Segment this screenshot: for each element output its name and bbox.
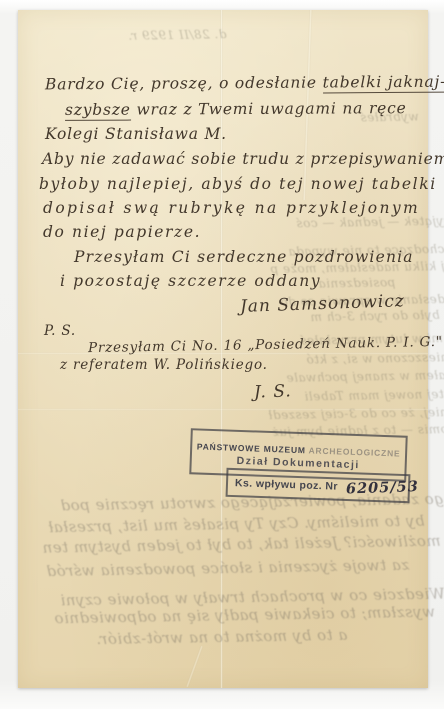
ps-line-1: Przesyłam Ci No. 16 „Posiedzeń Nauk. P. …	[88, 334, 443, 356]
letter-line-2-text: wraz z Twemi uwagami na ręce	[131, 99, 407, 118]
bleedthrough-line: za twoje życzenia i słońce powodzenia wś…	[46, 556, 410, 580]
ps-initials: J. S.	[254, 381, 292, 402]
bleedthrough-line: Tej możliwości? Jeżeli tak, to był to je…	[42, 531, 444, 556]
bleedthrough-line: wyszłam; to ciekawie padły się na odpowi…	[54, 603, 435, 628]
letter-line-4: Aby nie zadawać sobie trudu z przepisywa…	[42, 150, 444, 168]
letter-line-3: Kolegi Stanisława M.	[45, 125, 227, 143]
bleedthrough-line: na Ci tej nowej mam Tabeli	[304, 386, 444, 403]
bottom-corner-crease	[186, 646, 204, 687]
bleedthrough-line: posiedzenia	[318, 275, 396, 290]
ps-label: P. S.	[44, 323, 76, 339]
letter-line-9: i pozostaję szczerze oddany	[60, 272, 321, 290]
letter-line-5: byłoby najlepiej, abyś do tej nowej tabe…	[39, 175, 437, 193]
bleedthrough-line: a to by można to na wrót-zbiór.	[96, 626, 348, 648]
bleedthrough-line: Wiedział z niej, że co do 3-ciej zeszedł	[268, 404, 444, 422]
letter-line-1: Bardzo Cię, proszę, o odesłanie tabelki …	[45, 73, 444, 94]
letter-line-7: do niej papierze.	[43, 223, 201, 241]
accession-number-stamp: Ks. wpływu poz. Nr 6205/53	[226, 468, 411, 503]
letter-line-1-underlined: tabelki jaknaj-	[323, 73, 444, 94]
accession-row: Ks. wpływu poz. Nr 6205/53	[228, 474, 408, 497]
letter-line-2: szybsze wraz z Twemi uwagami na ręce	[65, 99, 407, 119]
letter-line-8: Przesyłam Ci serdeczne pozdrowienia	[74, 248, 414, 266]
bleedthrough-line: by to mieliśmy. Czy Ty pisałeś mu list, …	[48, 512, 425, 537]
bleedthrough-line: handlowałem w znanej pochwale	[286, 367, 444, 385]
letter-line-1-text: Bardzo Cię, proszę, o odesłanie	[45, 73, 323, 93]
accession-label: Ks. wpływu poz. Nr	[235, 477, 338, 493]
museum-stamp-title-part2: ARCHEOLOGICZNE	[308, 445, 400, 458]
letter-line-6: dopisał swą rubrykę na przyklejonym	[43, 199, 420, 217]
letter-sheet: d. 28/II 1929 r. wybrałeś wyjątek — jedn…	[18, 10, 428, 688]
bleedthrough-line: Wiedzcie co w prochach trwały w połowie …	[60, 585, 444, 610]
ps-line-2: z referatem W. Polińskiego.	[60, 357, 268, 373]
letter-line-2-underlined: szybsze	[65, 101, 131, 121]
signature: Jan Samsonowicz	[240, 291, 405, 317]
bleedthrough-line: d. 28/II 1929 r.	[128, 27, 227, 43]
horizontal-crease-2	[18, 408, 428, 411]
accession-number-handwritten: 6205/53	[346, 478, 419, 498]
